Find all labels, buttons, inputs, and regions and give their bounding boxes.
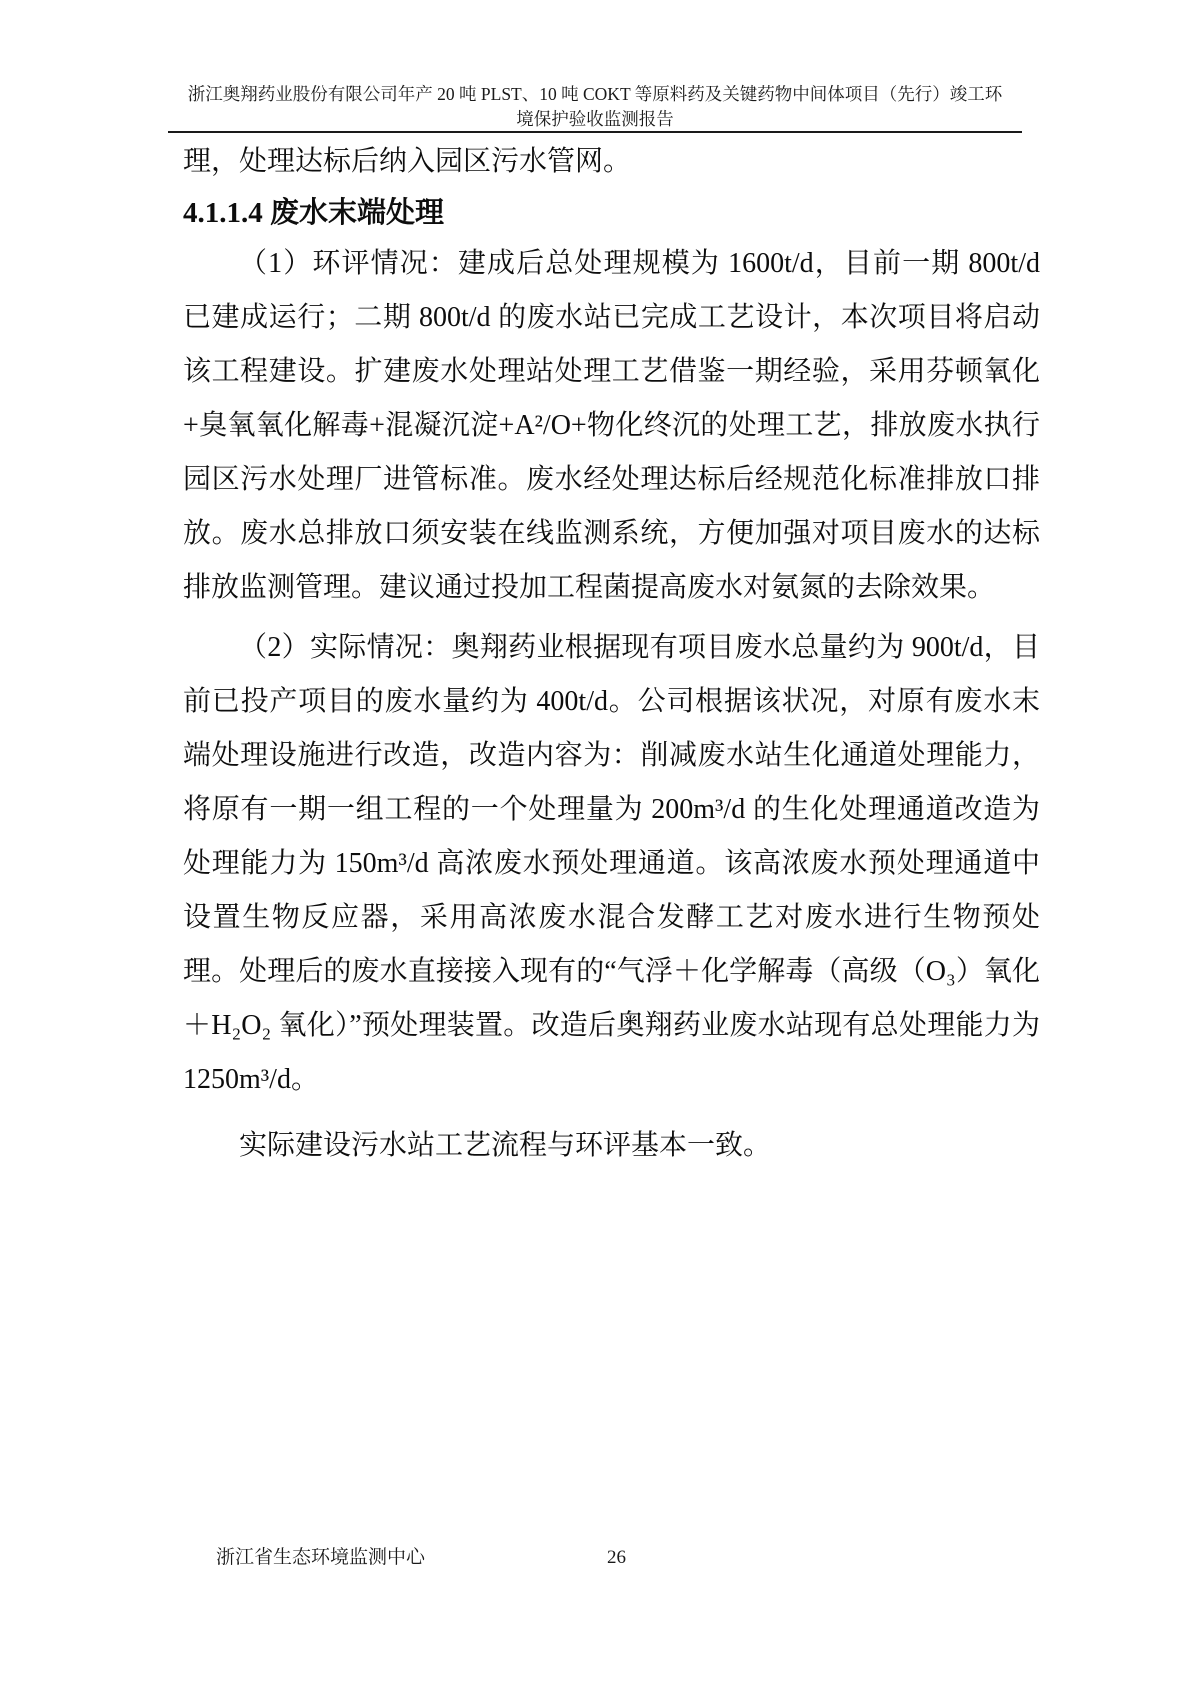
footer-page-number: 26 <box>607 1546 626 1570</box>
section-heading: 4.1.1.4 废水末端处理 <box>183 189 1040 237</box>
header-divider <box>168 131 1022 133</box>
document-body: 理，处理达标后纳入园区污水管网。 4.1.1.4 废水末端处理 （1）环评情况：… <box>183 135 1040 1173</box>
footer-org-name: 浙江省生态环境监测中心 <box>216 1546 425 1570</box>
paragraph-eia-situation: （1）环评情况：建成后总处理规模为 1600t/d，目前一期 800t/d 已建… <box>183 237 1040 615</box>
continuation-paragraph: 理，处理达标后纳入园区污水管网。 <box>183 135 1040 189</box>
document-page: 浙江奥翔药业股份有限公司年产 20 吨 PLST、10 吨 COKT 等原料药及… <box>0 0 1190 1683</box>
paragraph-actual-situation: （2）实际情况：奥翔药业根据现有项目废水总量约为 900t/d，目前已投产项目的… <box>183 621 1040 1107</box>
paragraph-conclusion: 实际建设污水站工艺流程与环评基本一致。 <box>183 1119 1040 1173</box>
page-header: 浙江奥翔药业股份有限公司年产 20 吨 PLST、10 吨 COKT 等原料药及… <box>168 82 1022 132</box>
header-title: 浙江奥翔药业股份有限公司年产 20 吨 PLST、10 吨 COKT 等原料药及… <box>184 82 1006 132</box>
